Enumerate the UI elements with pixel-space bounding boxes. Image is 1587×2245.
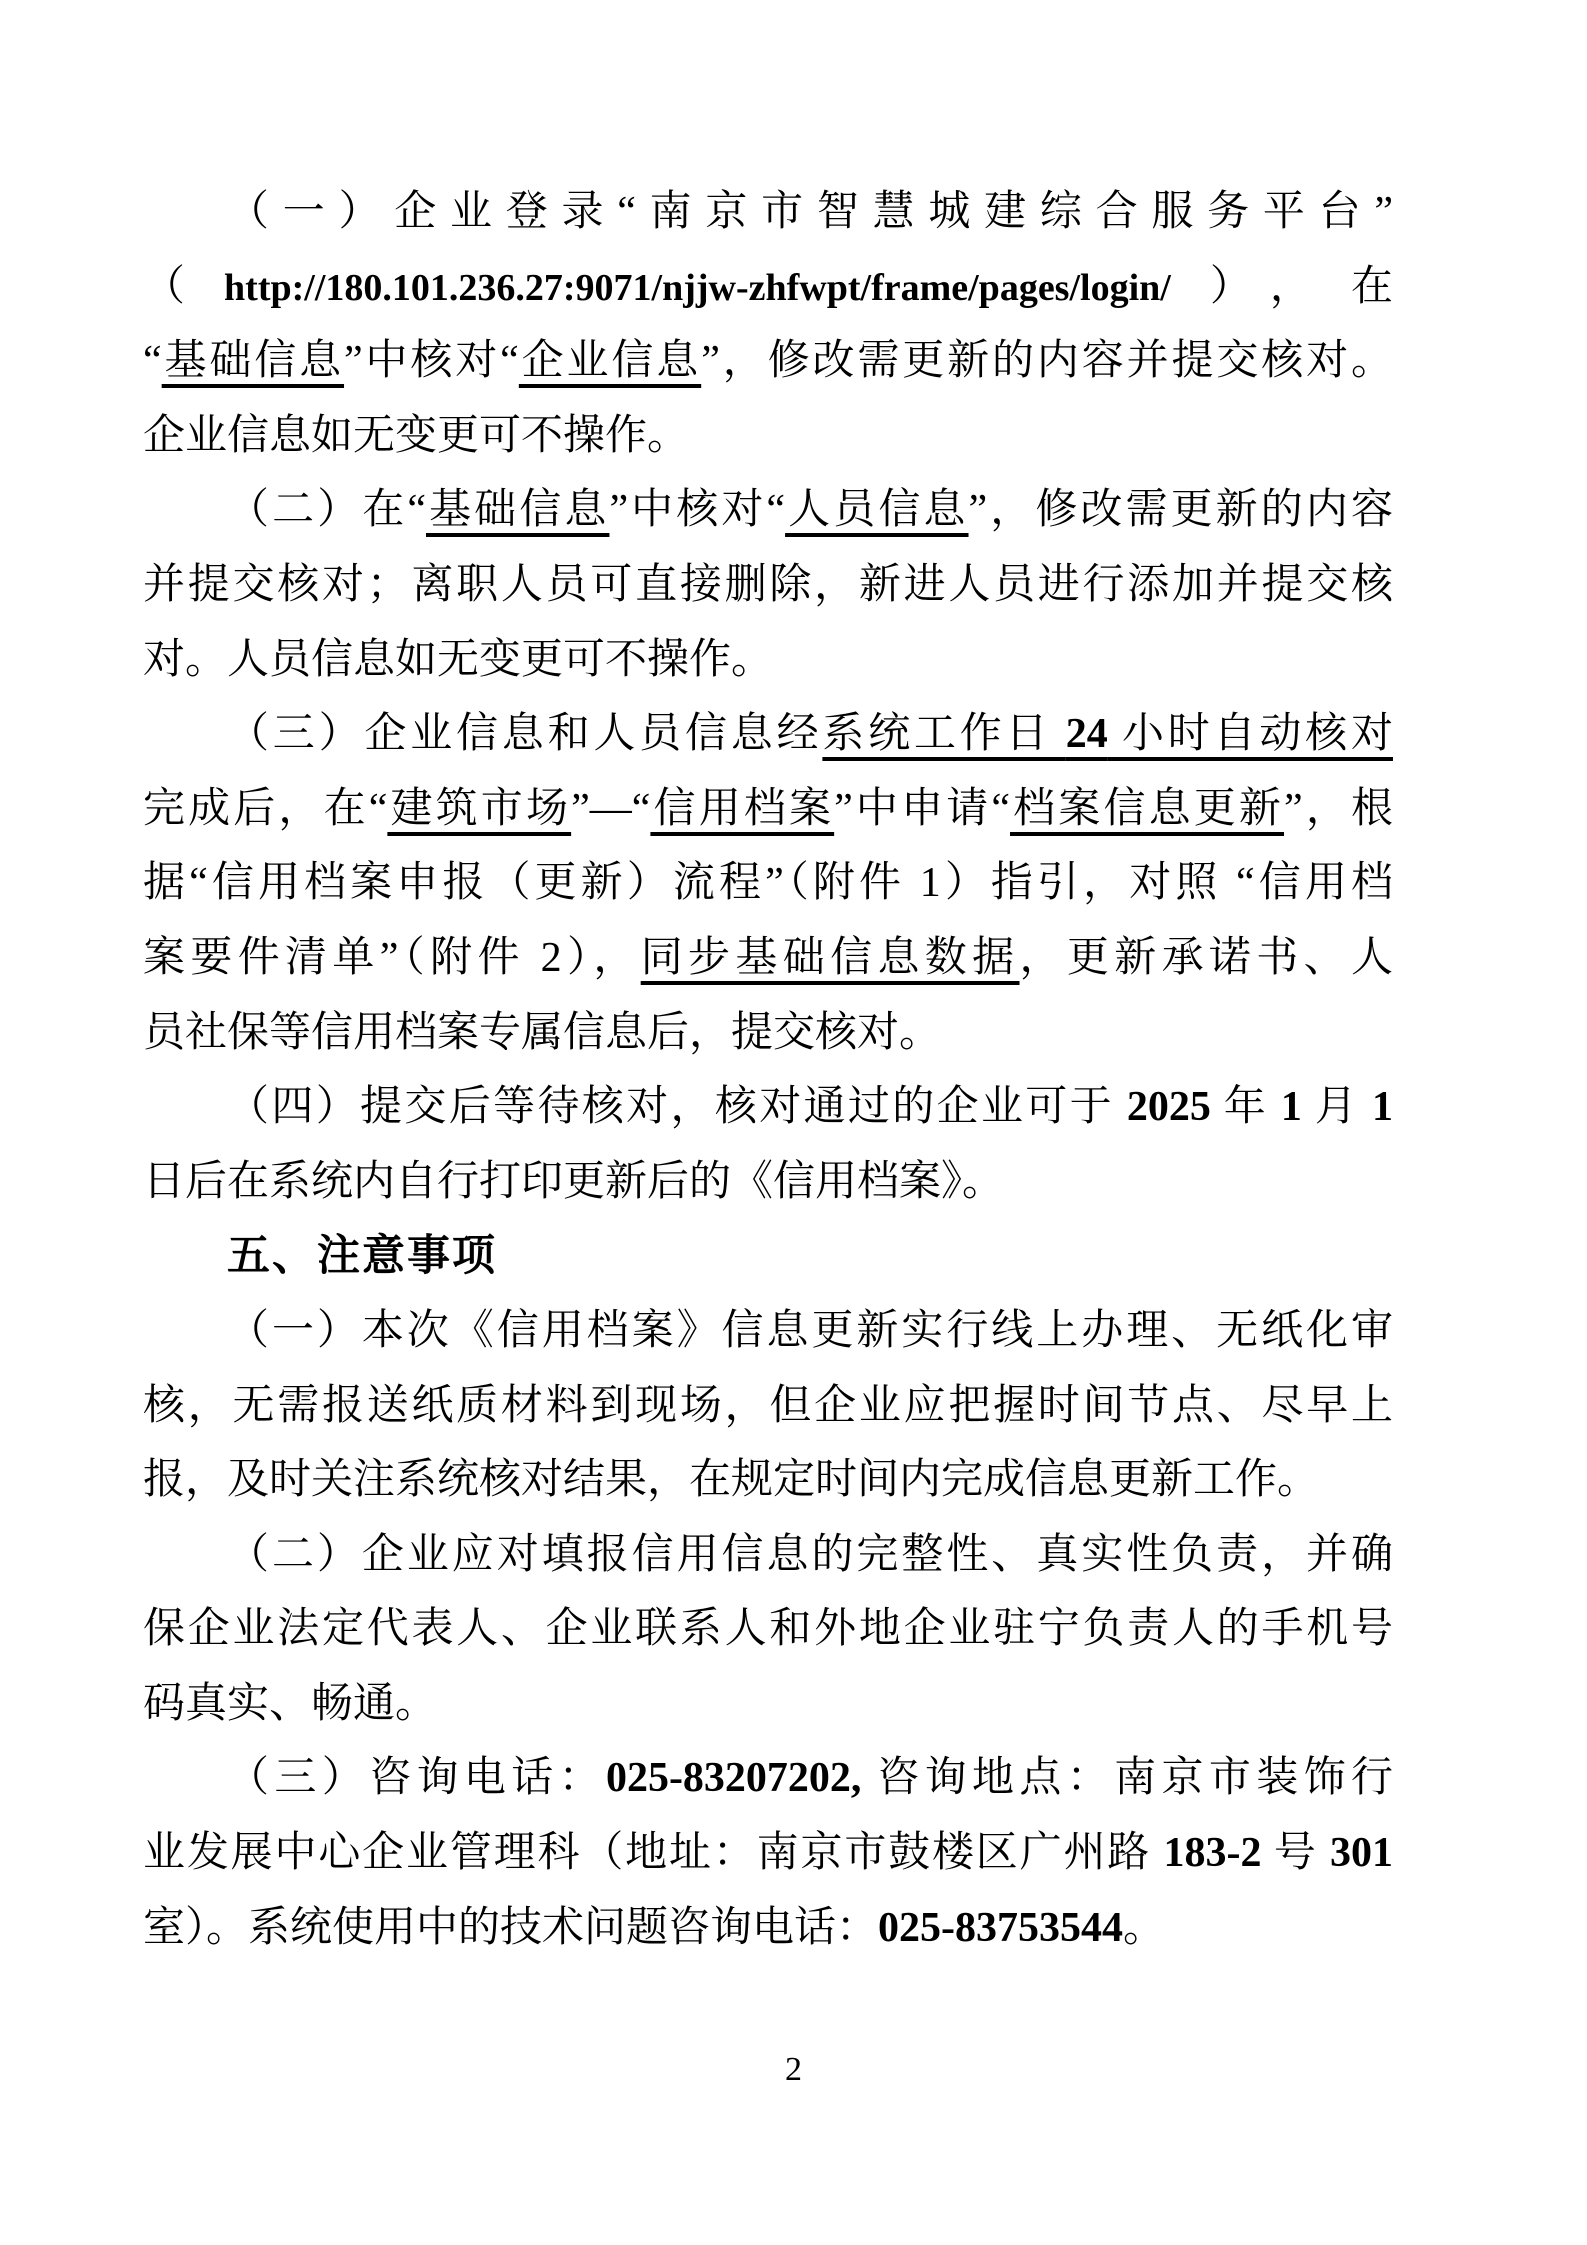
- text-segment: ），在: [1171, 264, 1393, 310]
- underlined-text: 信用档案: [650, 786, 834, 832]
- text-line: 并提交核对；离职人员可直接删除，新进人员进行添加并提交核: [143, 548, 1393, 623]
- page-number: 2: [0, 2048, 1587, 2092]
- text-line: （三）咨询电话：025-83207202, 咨询地点：南京市装饰行: [143, 1741, 1393, 1816]
- text-segment: 183-2: [1163, 1830, 1261, 1876]
- text-segment: 025-83207202,: [606, 1755, 862, 1801]
- text-segment: ”中申请“: [834, 786, 1010, 832]
- text-segment: （一）企业登录“南京市智慧城建综合服务平台”: [227, 189, 1393, 235]
- underlined-text: 建筑市场: [387, 786, 571, 832]
- text-segment: “: [143, 338, 162, 384]
- text-segment: 码真实、畅通。: [143, 1681, 437, 1727]
- underlined-text: 基础信息: [162, 338, 344, 384]
- text-segment: 对。人员信息如无变更可不操作。: [143, 637, 773, 683]
- text-segment: 。: [1123, 1905, 1165, 1951]
- text-segment: 2025: [1127, 1084, 1211, 1130]
- text-segment: ”中核对“: [344, 338, 519, 384]
- text-segment: 日后在系统内自行打印更新后的《信用档案》。: [143, 1159, 1004, 1205]
- text-line: （一）本次《信用档案》信息更新实行线上办理、无纸化审: [143, 1294, 1393, 1369]
- text-segment: 员社保等信用档案专属信息后，提交核对。: [143, 1010, 941, 1056]
- text-line: 员社保等信用档案专属信息后，提交核对。: [143, 996, 1393, 1071]
- underlined-text: 基础信息: [426, 487, 609, 533]
- text-line: 对。人员信息如无变更可不操作。: [143, 623, 1393, 698]
- text-segment: （三）企业信息和人员信息经: [227, 711, 822, 757]
- text-segment: 核，无需报送纸质材料到现场，但企业应把握时间节点、尽早上: [143, 1383, 1393, 1429]
- underlined-text: 24: [1066, 711, 1108, 757]
- text-line: 业发展中心企业管理科（地址：南京市鼓楼区广州路 183-2 号 301: [143, 1816, 1393, 1891]
- underlined-text: 人员信息: [785, 487, 968, 533]
- text-segment: （三）咨询电话：: [227, 1755, 606, 1801]
- text-line: “基础信息”中核对“企业信息”，修改需更新的内容并提交核对。: [143, 324, 1393, 399]
- text-segment: 保企业法定代表人、企业联系人和外地企业驻宁负责人的手机号: [143, 1606, 1393, 1652]
- text-segment: 并提交核对；离职人员可直接删除，新进人员进行添加并提交核: [143, 562, 1393, 608]
- text-line: 码真实、畅通。: [143, 1667, 1393, 1742]
- text-segment: 完成后，在“: [143, 786, 387, 832]
- text-segment: 号: [1261, 1830, 1330, 1876]
- document-body: （一）企业登录“南京市智慧城建综合服务平台”（http://180.101.23…: [143, 175, 1393, 1965]
- text-line: 案要件清单”（附件 2），同步基础信息数据，更新承诺书、人: [143, 921, 1393, 996]
- text-segment: 025-83753544: [878, 1905, 1123, 1951]
- document-page: （一）企业登录“南京市智慧城建综合服务平台”（http://180.101.23…: [0, 0, 1587, 2245]
- text-segment: ”，修改需更新的内容: [969, 487, 1393, 533]
- text-line: （二）在“基础信息”中核对“人员信息”，修改需更新的内容: [143, 473, 1393, 548]
- section-heading: 五、注意事项: [143, 1219, 1393, 1294]
- text-segment: 案要件清单”（附件 2），: [143, 935, 641, 981]
- text-line: 完成后，在“建筑市场”—“信用档案”中申请“档案信息更新”，根: [143, 772, 1393, 847]
- text-line: （四）提交后等待核对，核对通过的企业可于 2025 年 1 月 1: [143, 1070, 1393, 1145]
- text-segment: （二）在“: [227, 487, 426, 533]
- text-line: 室）。系统使用中的技术问题咨询电话：025-83753544。: [143, 1891, 1393, 1966]
- text-segment: 室）。系统使用中的技术问题咨询电话：: [143, 1905, 878, 1951]
- text-segment: 月: [1302, 1084, 1372, 1130]
- underlined-text: 档案信息更新: [1010, 786, 1284, 832]
- underlined-text: 同步基础信息数据: [641, 935, 1020, 981]
- text-line: 据“信用档案申报（更新）流程”（附件 1）指引，对照 “信用档: [143, 846, 1393, 921]
- text-line: （一）企业登录“南京市智慧城建综合服务平台”: [143, 175, 1393, 250]
- text-segment: 1: [1372, 1084, 1393, 1130]
- text-line: 日后在系统内自行打印更新后的《信用档案》。: [143, 1145, 1393, 1220]
- text-line: （二）企业应对填报信用信息的完整性、真实性负责，并确: [143, 1518, 1393, 1593]
- underlined-text: 企业信息: [519, 338, 701, 384]
- text-line: 核，无需报送纸质材料到现场，但企业应把握时间节点、尽早上: [143, 1369, 1393, 1444]
- text-segment: 业发展中心企业管理科（地址：南京市鼓楼区广州路: [143, 1830, 1163, 1876]
- text-segment: 1: [1281, 1084, 1302, 1130]
- text-segment: ”，修改需更新的内容并提交核对。: [701, 338, 1393, 384]
- text-line: 报，及时关注系统核对结果，在规定时间内完成信息更新工作。: [143, 1443, 1393, 1518]
- text-line: （http://180.101.236.27:9071/njjw-zhfwpt/…: [143, 250, 1393, 325]
- text-line: 保企业法定代表人、企业联系人和外地企业驻宁负责人的手机号: [143, 1592, 1393, 1667]
- text-line: （三）企业信息和人员信息经系统工作日 24 小时自动核对: [143, 697, 1393, 772]
- text-segment: 据“信用档案申报（更新）流程”（附件 1）指引，对照 “信用档: [143, 860, 1393, 906]
- underlined-text: 小时自动核对: [1108, 711, 1393, 757]
- text-line: 企业信息如无变更可不操作。: [143, 399, 1393, 474]
- text-segment: （: [143, 264, 224, 310]
- text-segment: ”—“: [571, 786, 650, 832]
- text-segment: 企业信息如无变更可不操作。: [143, 413, 689, 459]
- text-segment: 报，及时关注系统核对结果，在规定时间内完成信息更新工作。: [143, 1457, 1319, 1503]
- url-text: http://180.101.236.27:9071/njjw-zhfwpt/f…: [224, 267, 1171, 309]
- text-segment: （二）企业应对填报信用信息的完整性、真实性负责，并确: [227, 1532, 1393, 1578]
- text-segment: ”中核对“: [609, 487, 785, 533]
- text-segment: 年: [1211, 1084, 1281, 1130]
- text-segment: ”，根: [1284, 786, 1393, 832]
- text-segment: （四）提交后等待核对，核对通过的企业可于: [227, 1084, 1127, 1130]
- text-segment: （一）本次《信用档案》信息更新实行线上办理、无纸化审: [227, 1308, 1393, 1354]
- text-segment: 301: [1330, 1830, 1393, 1876]
- text-segment: 五、注意事项: [227, 1232, 497, 1280]
- text-segment: ，更新承诺书、人: [1020, 935, 1393, 981]
- underlined-text: 系统工作日: [822, 711, 1065, 757]
- text-segment: 咨询地点：南京市装饰行: [861, 1755, 1393, 1801]
